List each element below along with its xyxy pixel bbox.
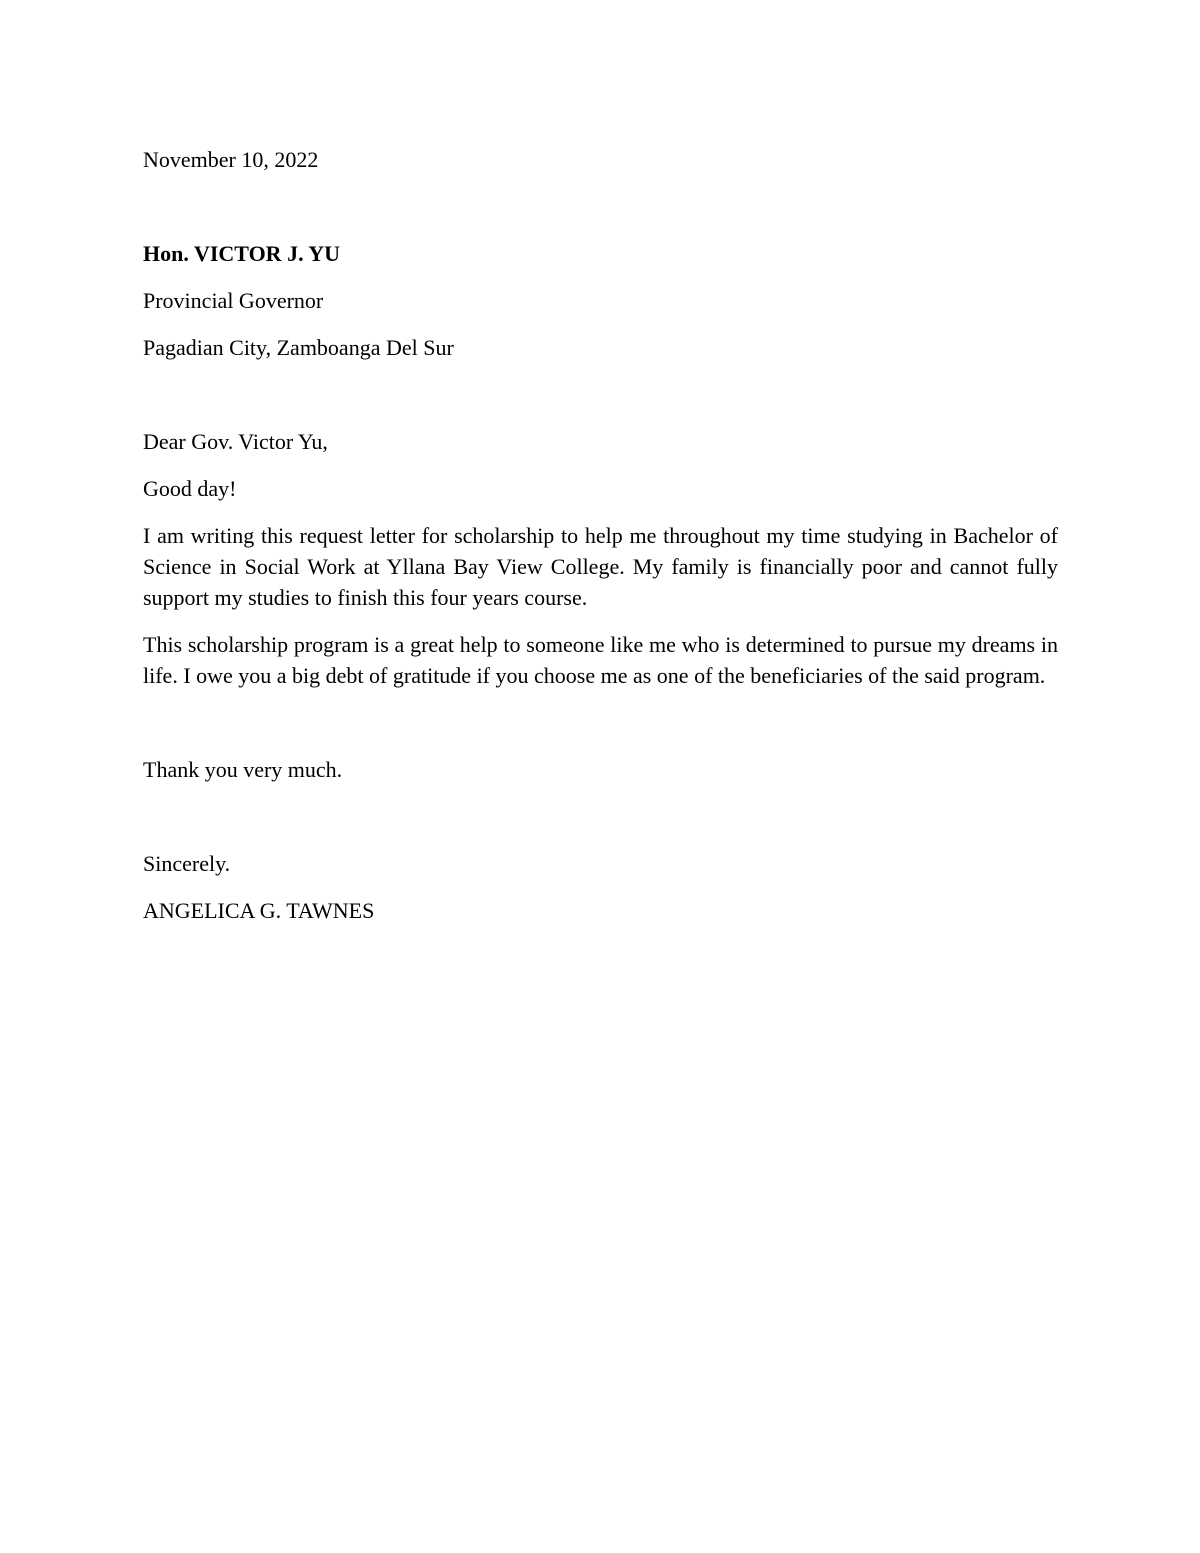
blank-line [143,191,1058,238]
body-paragraph-1: I am writing this request letter for sch… [143,520,1058,613]
signature-name: ANGELICA G. TAWNES [143,895,1058,926]
closing-thanks: Thank you very much. [143,754,1058,785]
signoff: Sincerely. [143,848,1058,879]
salutation: Dear Gov. Victor Yu, [143,426,1058,457]
recipient-location: Pagadian City, Zamboanga Del Sur [143,332,1058,363]
blank-line [143,707,1058,754]
body-paragraph-2: This scholarship program is a great help… [143,629,1058,691]
blank-line [143,801,1058,848]
recipient-title: Provincial Governor [143,285,1058,316]
greeting: Good day! [143,473,1058,504]
recipient-name: Hon. VICTOR J. YU [143,238,1058,269]
blank-line [143,379,1058,426]
letter-page: November 10, 2022 Hon. VICTOR J. YU Prov… [0,0,1200,1553]
letter-date: November 10, 2022 [143,144,1058,175]
